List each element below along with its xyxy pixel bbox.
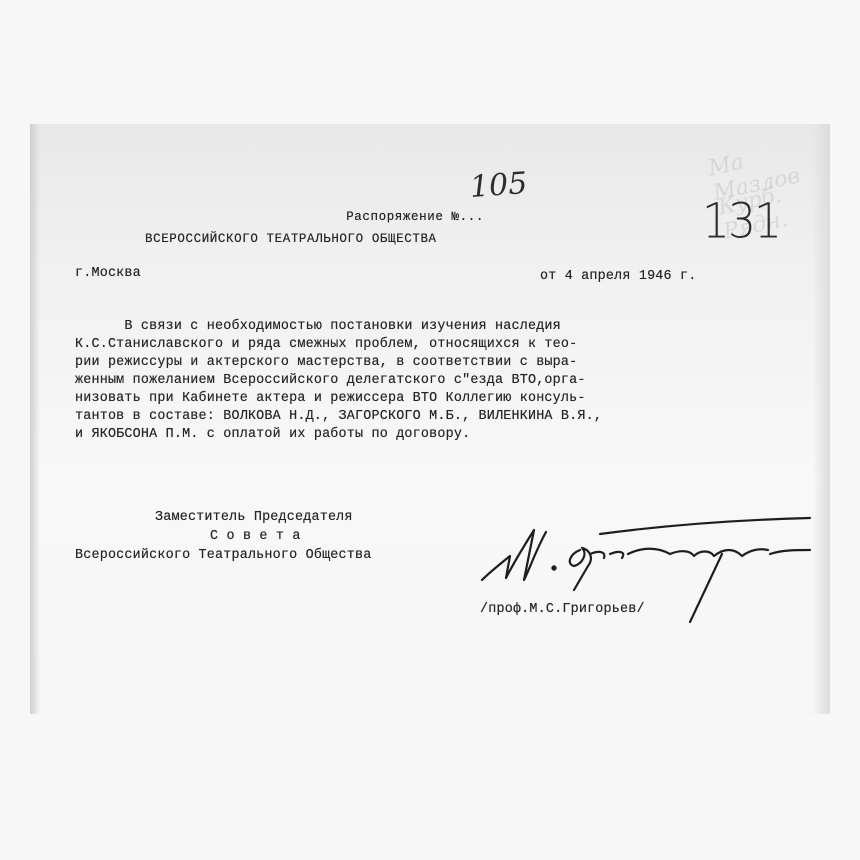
body-line: тантов в составе: ВОЛКОВА Н.Д., ЗАГОРСКО…: [75, 409, 602, 424]
body-line: рии режиссуры и актерского мастерства, в…: [75, 355, 577, 370]
body-line: низовать при Кабинете актера и режиссера…: [75, 391, 586, 406]
handwritten-document-number: 105: [469, 166, 529, 205]
body-line: К.С.Станиславского и ряда смежных пробле…: [75, 337, 577, 352]
document-date: от 4 апреля 1946 г.: [540, 269, 696, 284]
signatory-position-line1: Заместитель Председателя: [155, 510, 353, 525]
number-dots: ...: [460, 210, 484, 224]
signatory-position-line2: С о в е т а: [210, 529, 301, 544]
body-line: и ЯКОБСОНА П.М. с оплатой их работы по д…: [75, 427, 470, 442]
organization-heading: ВСЕРОССИЙСКОГО ТЕАТРАЛЬНОГО ОБЩЕСТВА: [145, 232, 437, 246]
document-title: Распоряжение №...: [330, 196, 484, 224]
signatory-name: /проф.М.С.Григорьев/: [480, 602, 645, 617]
signatory-position-line3: Всероссийского Театрального Общества: [75, 548, 372, 563]
body-line: женным пожеланием Всероссийского делегат…: [75, 373, 586, 388]
body-line: В связи с необходимостью постановки изуч…: [75, 319, 561, 334]
handwritten-archive-number: 131: [702, 193, 780, 249]
city: г.Москва: [75, 266, 141, 281]
title-text: Распоряжение №: [346, 210, 459, 224]
